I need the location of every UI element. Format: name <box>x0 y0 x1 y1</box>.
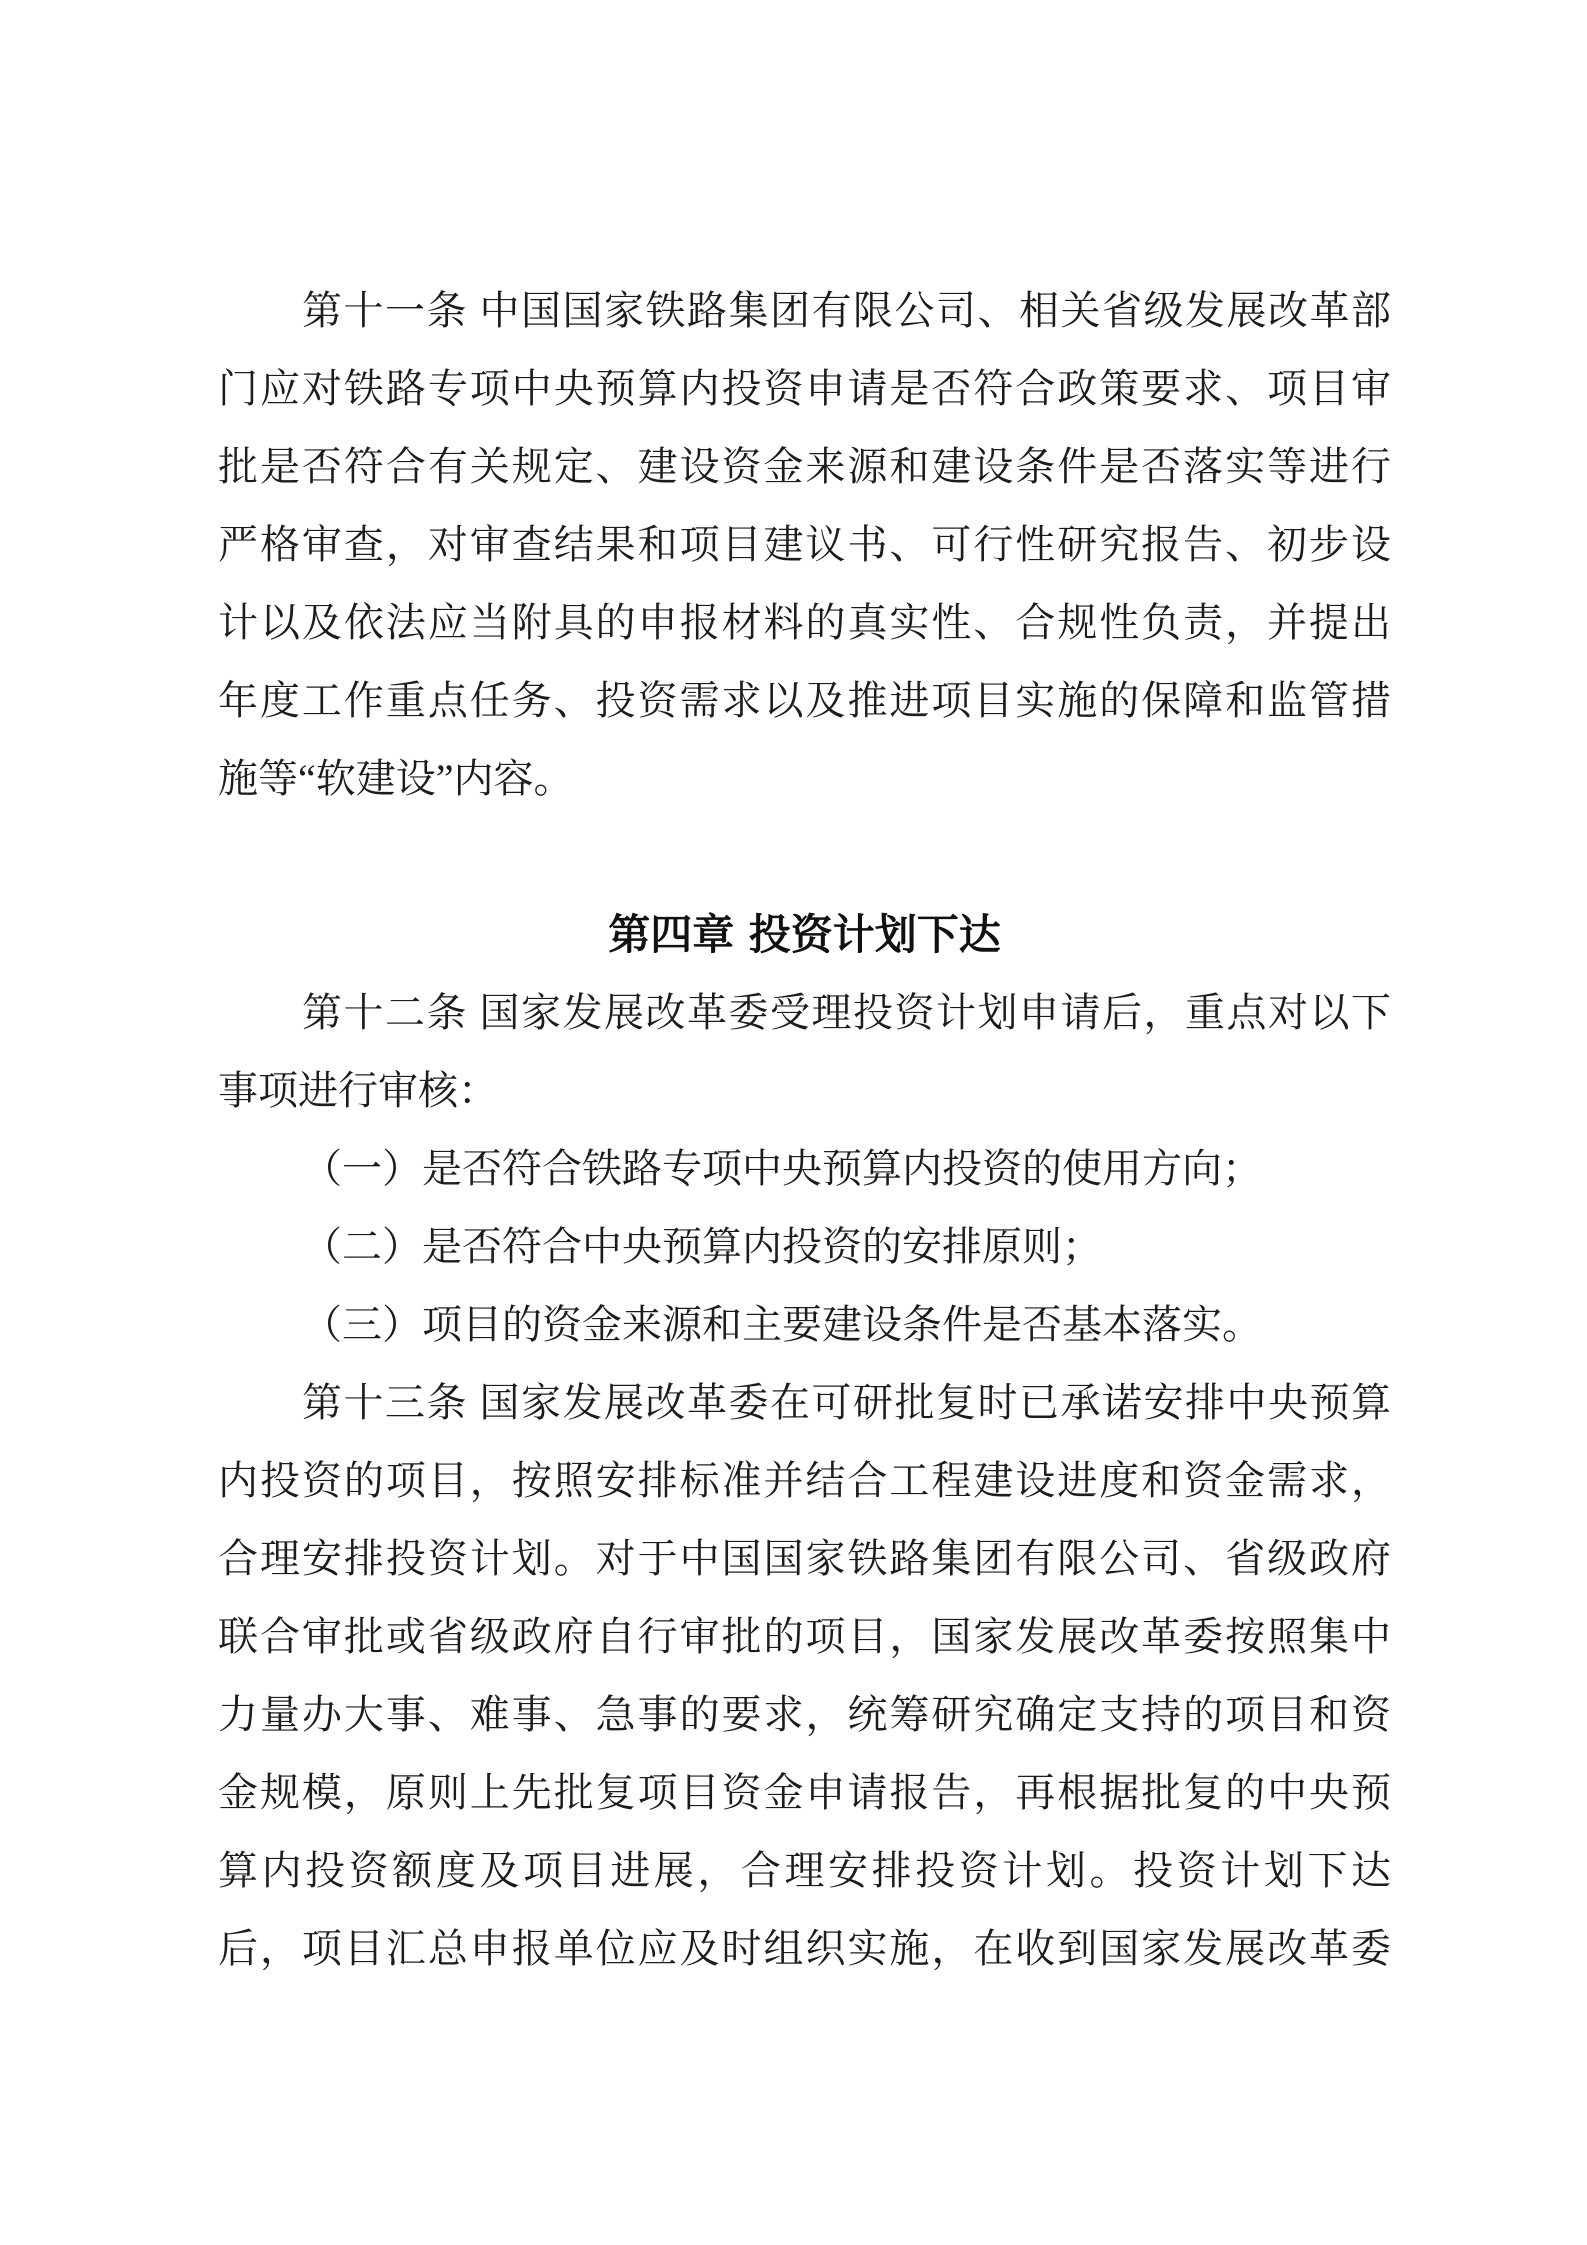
list-item-line: （二）是否符合中央预算内投资的安排原则； <box>218 1208 1391 1286</box>
list-item-line: （一）是否符合铁路专项中央预算内投资的使用方向； <box>218 1130 1391 1208</box>
paragraph-line: 力量办大事、难事、急事的要求，统筹研究确定支持的项目和资 <box>218 1676 1391 1754</box>
document-text-block: 第十一条 中国国家铁路集团有限公司、相关省级发展改革部门应对铁路专项中央预算内投… <box>218 272 1391 1988</box>
paragraph-line: 合理安排投资计划。对于中国国家铁路集团有限公司、省级政府 <box>218 1520 1391 1598</box>
paragraph-last-line: 事项进行审核： <box>218 1052 1391 1130</box>
paragraph-line: 联合审批或省级政府自行审批的项目，国家发展改革委按照集中 <box>218 1598 1391 1676</box>
paragraph-first-line: 第十三条 国家发展改革委在可研批复时已承诺安排中央预算 <box>218 1364 1391 1442</box>
paragraph-line: 年度工作重点任务、投资需求以及推进项目实施的保障和监管措 <box>218 662 1391 740</box>
paragraph-line: 严格审查，对审查结果和项目建议书、可行性研究报告、初步设 <box>218 506 1391 584</box>
list-item-line: （三）项目的资金来源和主要建设条件是否基本落实。 <box>218 1286 1391 1364</box>
chapter-heading: 第四章 投资计划下达 <box>218 896 1391 974</box>
paragraph-line: 后，项目汇总申报单位应及时组织实施，在收到国家发展改革委 <box>218 1910 1391 1988</box>
paragraph-line: 批是否符合有关规定、建设资金来源和建设条件是否落实等进行 <box>218 428 1391 506</box>
paragraph-line: 算内投资额度及项目进展，合理安排投资计划。投资计划下达 <box>218 1832 1391 1910</box>
paragraph-line: 内投资的项目，按照安排标准并结合工程建设进度和资金需求， <box>218 1442 1391 1520</box>
paragraph-line: 门应对铁路专项中央预算内投资申请是否符合政策要求、项目审 <box>218 350 1391 428</box>
document-page: 第十一条 中国国家铁路集团有限公司、相关省级发展改革部门应对铁路专项中央预算内投… <box>0 0 1587 2245</box>
paragraph-first-line: 第十一条 中国国家铁路集团有限公司、相关省级发展改革部 <box>218 272 1391 350</box>
paragraph-line: 计以及依法应当附具的申报材料的真实性、合规性负责，并提出 <box>218 584 1391 662</box>
paragraph-line: 金规模，原则上先批复项目资金申请报告，再根据批复的中央预 <box>218 1754 1391 1832</box>
blank-line <box>218 818 1391 896</box>
paragraph-last-line: 施等“软建设”内容。 <box>218 740 1391 818</box>
paragraph-first-line: 第十二条 国家发展改革委受理投资计划申请后，重点对以下 <box>218 974 1391 1052</box>
